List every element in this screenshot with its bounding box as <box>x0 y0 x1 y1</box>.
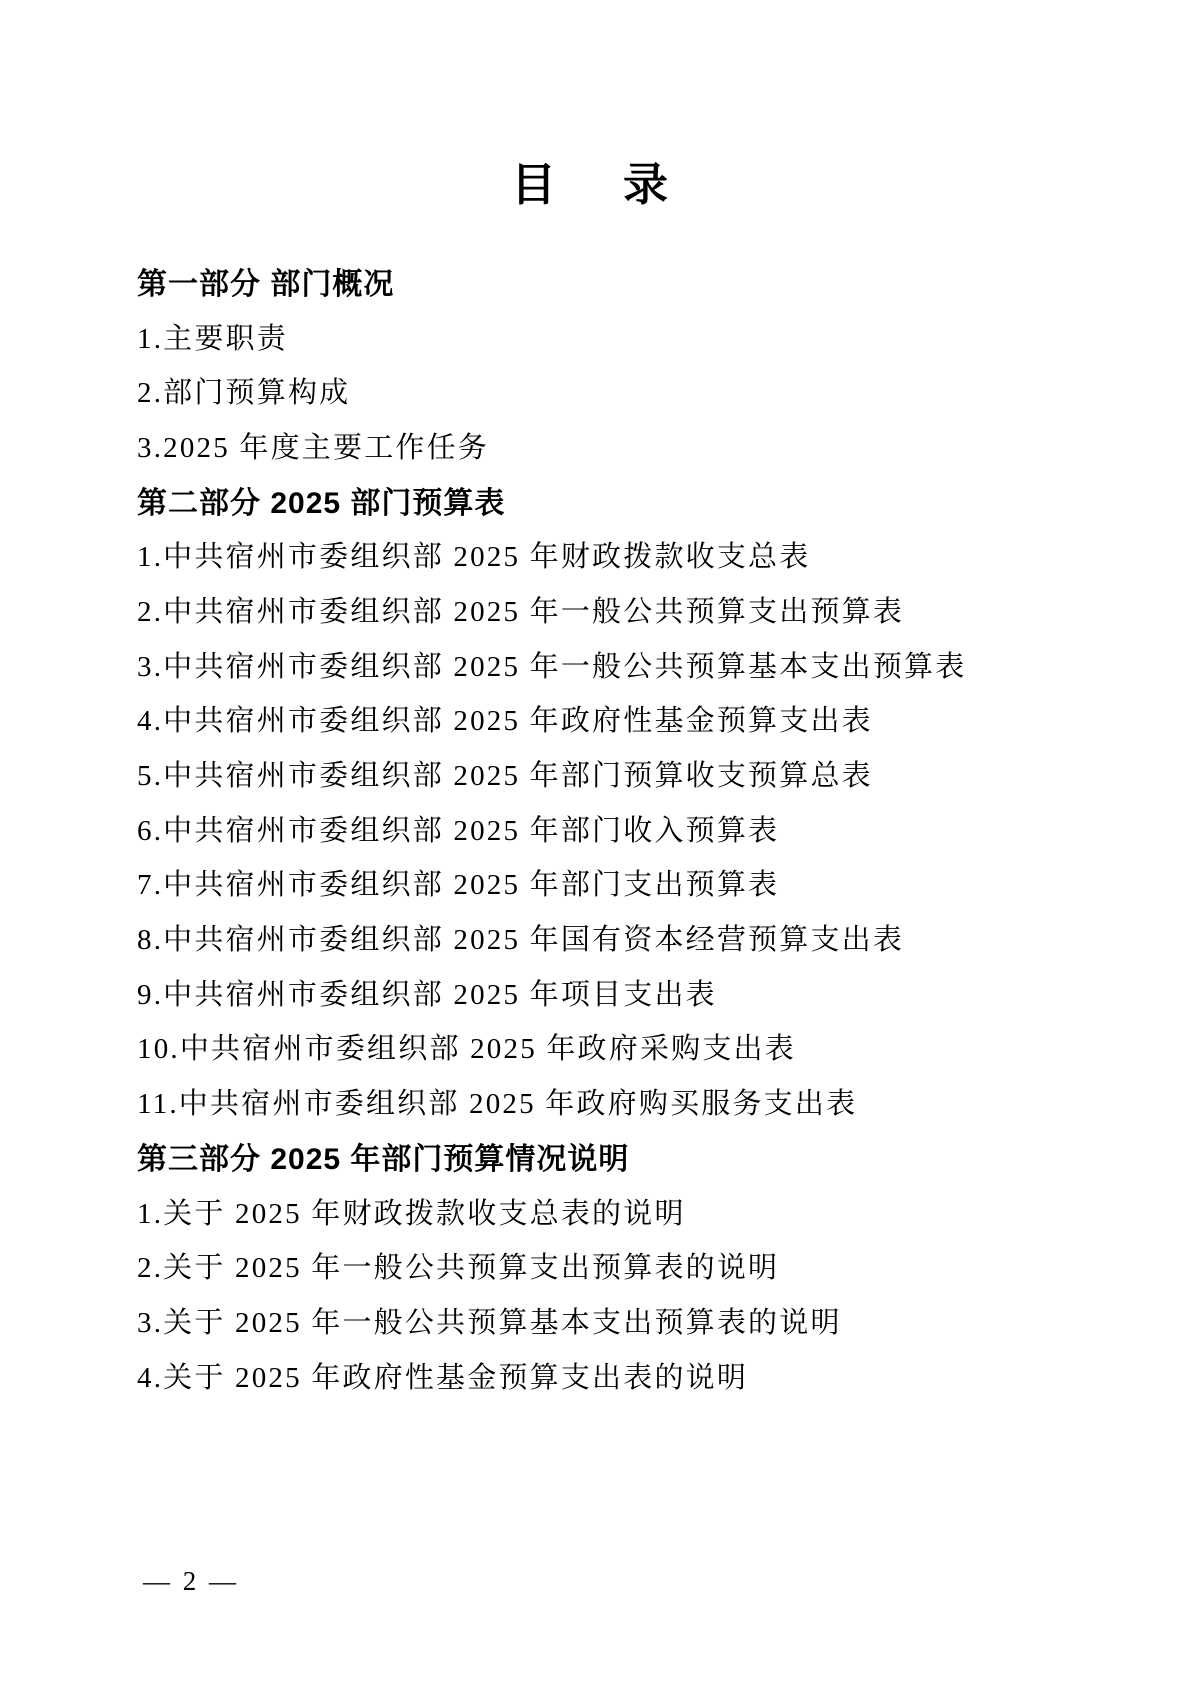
toc-item: 8.中共宿州市委组织部 2025 年国有资本经营预算支出表 <box>137 910 1087 965</box>
toc-item: 1.主要职责 <box>137 309 1087 364</box>
toc-item: 10.中共宿州市委组织部 2025 年政府采购支出表 <box>137 1020 1087 1075</box>
page-number: — 2 — <box>143 1566 239 1597</box>
section-heading: 第一部分 部门概况 <box>137 254 1087 309</box>
toc-item: 2.中共宿州市委组织部 2025 年一般公共预算支出预算表 <box>137 582 1087 637</box>
toc-item: 2.关于 2025 年一般公共预算支出预算表的说明 <box>137 1238 1087 1293</box>
toc-item: 4.关于 2025 年政府性基金预算支出表的说明 <box>137 1348 1087 1403</box>
toc-item: 11.中共宿州市委组织部 2025 年政府购买服务支出表 <box>137 1074 1087 1129</box>
toc-item: 7.中共宿州市委组织部 2025 年部门支出预算表 <box>137 856 1087 911</box>
toc-item: 1.中共宿州市委组织部 2025 年财政拨款收支总表 <box>137 527 1087 582</box>
section-heading: 第三部分 2025 年部门预算情况说明 <box>137 1129 1087 1184</box>
section-heading: 第二部分 2025 部门预算表 <box>137 473 1087 528</box>
toc-item: 6.中共宿州市委组织部 2025 年部门收入预算表 <box>137 801 1087 856</box>
page-title: 目 录 <box>0 148 1190 213</box>
toc-item: 1.关于 2025 年财政拨款收支总表的说明 <box>137 1184 1087 1239</box>
toc-item: 3.2025 年度主要工作任务 <box>137 418 1087 473</box>
table-of-contents: 第一部分 部门概况1.主要职责2.部门预算构成3.2025 年度主要工作任务第二… <box>137 254 1087 1402</box>
toc-item: 3.关于 2025 年一般公共预算基本支出预算表的说明 <box>137 1293 1087 1348</box>
toc-item: 4.中共宿州市委组织部 2025 年政府性基金预算支出表 <box>137 692 1087 747</box>
toc-item: 3.中共宿州市委组织部 2025 年一般公共预算基本支出预算表 <box>137 637 1087 692</box>
document-page: 目 录 第一部分 部门概况1.主要职责2.部门预算构成3.2025 年度主要工作… <box>0 0 1190 1683</box>
toc-item: 5.中共宿州市委组织部 2025 年部门预算收支预算总表 <box>137 746 1087 801</box>
toc-item: 2.部门预算构成 <box>137 363 1087 418</box>
toc-item: 9.中共宿州市委组织部 2025 年项目支出表 <box>137 965 1087 1020</box>
